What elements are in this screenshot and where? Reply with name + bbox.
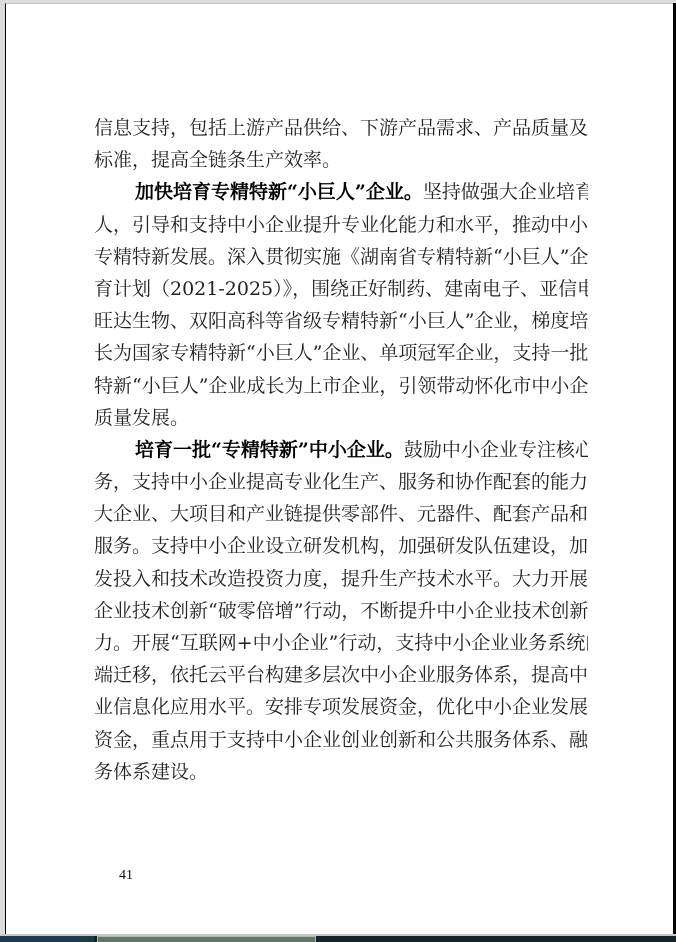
text-line: 大企业、大项目和产业链提供零部件、元器件、配套产品和配套	[94, 498, 588, 530]
text-line: 业信息化应用水平。安排专项发展资金，优化中小企业发展专项	[94, 691, 588, 723]
text-line: 特新“小巨人”企业成长为上市企业，引领带动怀化市中小企业高	[94, 370, 588, 402]
text-run: 坚持做强大企业培育小巨	[423, 181, 588, 203]
text-line: 务，支持中小企业提高专业化生产、服务和协作配套的能力，为	[94, 466, 588, 498]
taskbar-start-area[interactable]	[0, 936, 94, 942]
text-line: 企业技术创新“破零倍增”行动，不断提升中小企业技术创新能	[94, 595, 588, 627]
paragraph-heading: 培育一批“专精特新”中小企业。	[135, 439, 404, 461]
text-line: 务体系建设。	[94, 756, 588, 788]
text-line: 端迁移，依托云平台构建多层次中小企业服务体系，提高中小企	[94, 659, 588, 691]
text-line: 资金，重点用于支持中小企业创业创新和公共服务体系、融资服	[94, 724, 588, 756]
text-line: 旺达生物、双阳高科等省级专精特新“小巨人”企业，梯度培育成	[94, 305, 588, 337]
text-run: 鼓励中小企业专注核心业	[404, 439, 588, 461]
page-number: 41	[119, 868, 133, 884]
text-line: 长为国家专精特新“小巨人”企业、单项冠军企业，支持一批专精	[94, 337, 588, 369]
text-line: 服务。支持中小企业设立研发机构，加强研发队伍建设，加大研	[94, 530, 588, 562]
text-line: 力。开展“互联网+中小企业”行动，支持中小企业业务系统向云	[94, 627, 588, 659]
text-line: 人，引导和支持中小企业提升专业化能力和水平，推动中小企业	[94, 209, 588, 241]
paragraph-heading: 加快培育专精特新“小巨人”企业。	[135, 181, 423, 203]
body-text: 信息支持，包括上游产品供给、下游产品需求、产品质量及流程 标准，提高全链条生产效…	[94, 112, 588, 788]
text-line: 信息支持，包括上游产品供给、下游产品需求、产品质量及流程	[94, 112, 588, 144]
taskbar	[0, 936, 676, 942]
text-line: 标准，提高全链条生产效率。	[94, 144, 588, 176]
document-viewer: 信息支持，包括上游产品供给、下游产品需求、产品质量及流程 标准，提高全链条生产效…	[0, 0, 676, 942]
paragraph-first-line: 培育一批“专精特新”中小企业。鼓励中小企业专注核心业	[94, 434, 588, 466]
text-line: 专精特新发展。深入贯彻实施《湖南省专精特新“小巨人”企业培	[94, 241, 588, 273]
text-line: 质量发展。	[94, 402, 588, 434]
text-line: 发投入和技术改造投资力度，提升生产技术水平。大力开展中小	[94, 563, 588, 595]
paragraph-first-line: 加快培育专精特新“小巨人”企业。坚持做强大企业培育小巨	[94, 176, 588, 208]
text-line: 育计划（2021-2025）》，围绕正好制药、建南电子、亚信电子、	[94, 273, 588, 305]
taskbar-active-window-tab[interactable]	[97, 936, 316, 942]
